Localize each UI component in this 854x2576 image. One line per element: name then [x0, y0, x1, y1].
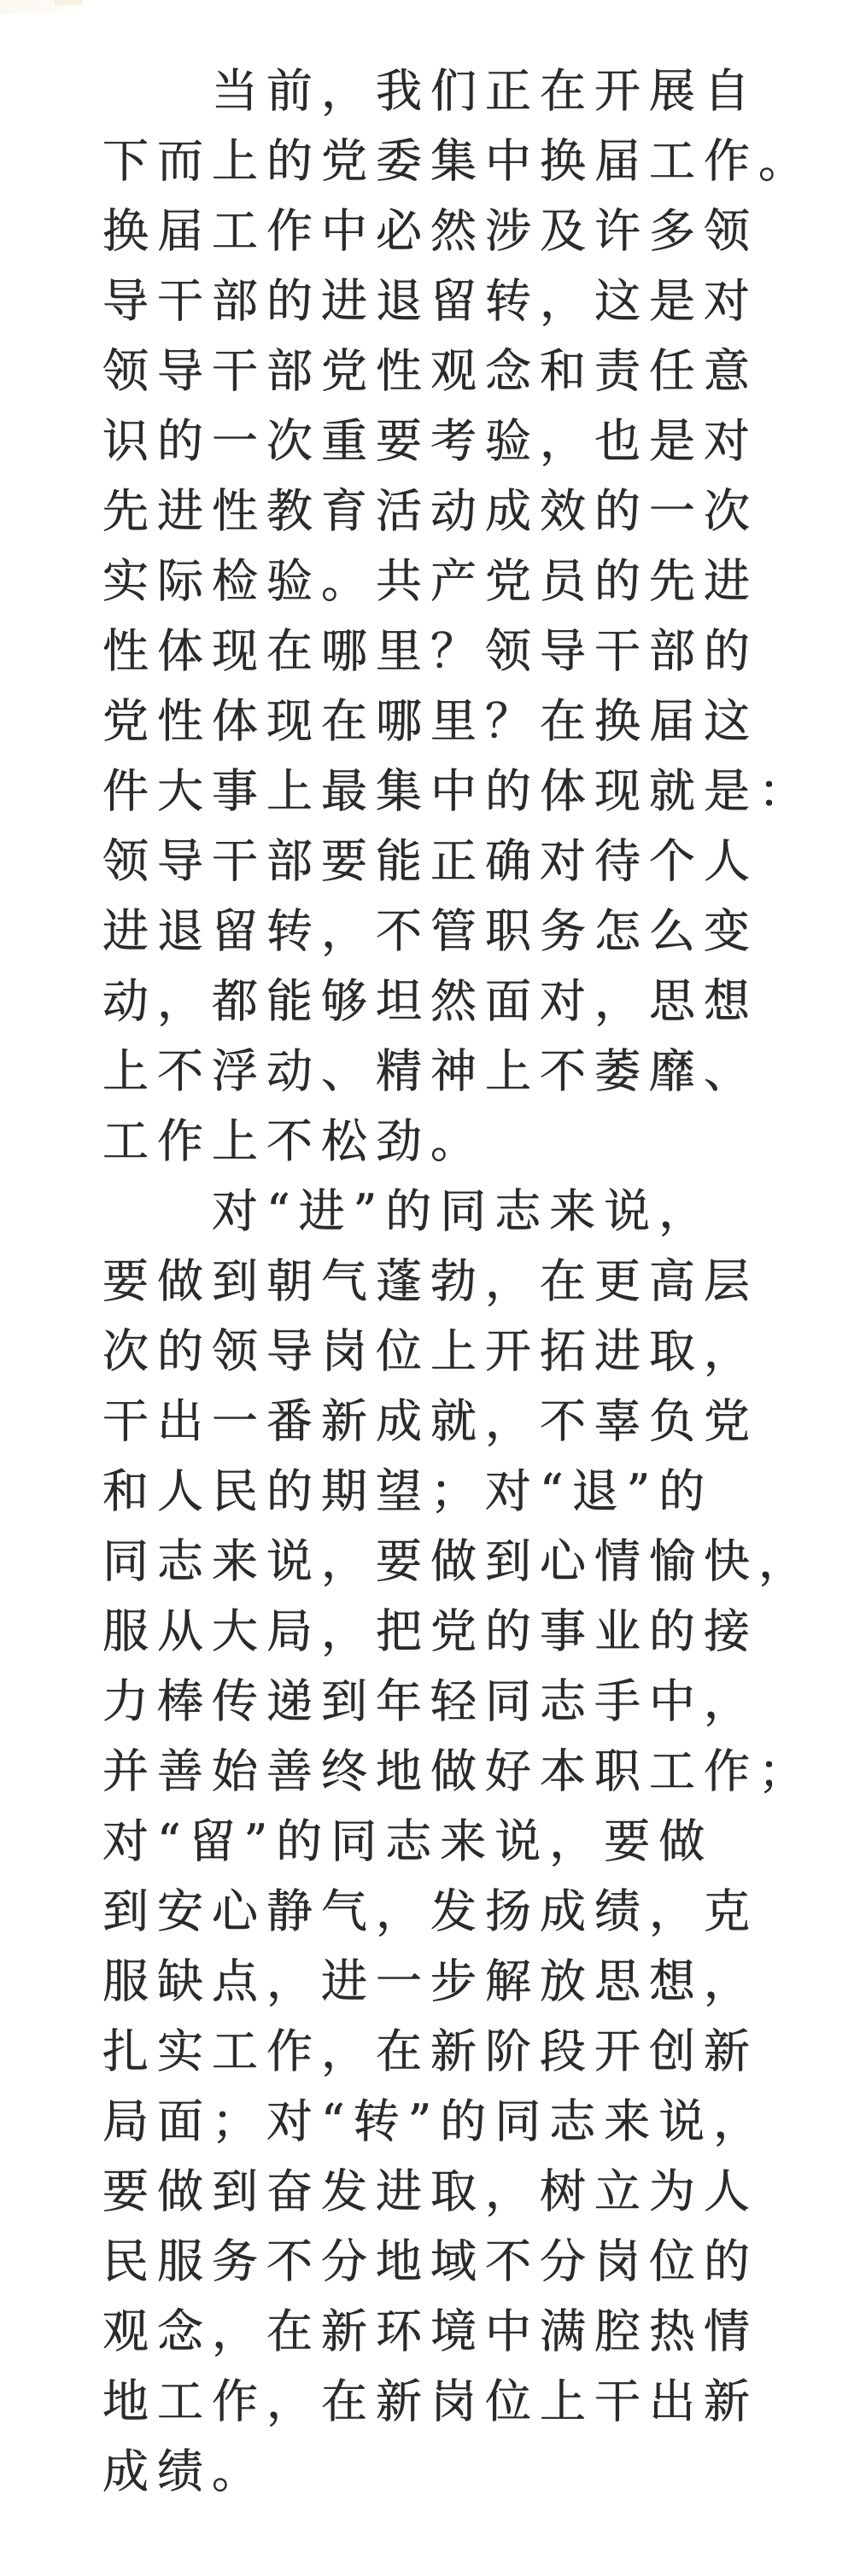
document-page: 当前，我们正在开展自 下而上的党委集中换届工作。 换届工作中必然涉及许多领 导干…	[102, 56, 769, 2507]
text-line: 先进性教育活动成效的一次	[102, 476, 769, 546]
text-line: 对“进”的同志来说，	[102, 1177, 769, 1247]
text-line: 上不浮动、精神上不萎靡、	[102, 1037, 769, 1107]
text-line: 进退留转，不管职务怎么变	[102, 897, 769, 967]
text-line: 实际检验。共产党员的先进	[102, 546, 769, 616]
text-line: 动，都能够坦然面对，思想	[102, 967, 769, 1037]
text-line: 观念，在新环境中满腔热情	[102, 2297, 769, 2367]
text-line: 要做到朝气蓬勃，在更高层	[102, 1247, 769, 1317]
text-line: 导干部的进退留转，这是对	[102, 266, 769, 336]
text-line: 干出一番新成就，不辜负党	[102, 1387, 769, 1457]
text-line: 对“留”的同志来说，要做	[102, 1807, 769, 1877]
text-line: 力棒传递到年轻同志手中，	[102, 1667, 769, 1737]
text-line: 领导干部要能正确对待个人	[102, 827, 769, 897]
text-line: 党性体现在哪里？在换届这	[102, 686, 769, 756]
text-line: 成绩。	[102, 2437, 769, 2507]
paragraph-1: 当前，我们正在开展自 下而上的党委集中换届工作。 换届工作中必然涉及许多领 导干…	[102, 56, 769, 1177]
text-line: 地工作，在新岗位上干出新	[102, 2367, 769, 2437]
text-line: 扎实工作，在新阶段开创新	[102, 2017, 769, 2087]
text-line: 工作上不松劲。	[102, 1107, 769, 1177]
text-line: 当前，我们正在开展自	[102, 56, 769, 126]
text-line: 服从大局，把党的事业的接	[102, 1597, 769, 1667]
text-line: 服缺点，进一步解放思想，	[102, 1947, 769, 2017]
text-line: 换届工作中必然涉及许多领	[102, 196, 769, 266]
text-line: 下而上的党委集中换届工作。	[102, 126, 769, 196]
paragraph-2: 对“进”的同志来说， 要做到朝气蓬勃，在更高层 次的领导岗位上开拓进取， 干出一…	[102, 1177, 769, 2507]
text-line: 识的一次重要考验，也是对	[102, 406, 769, 476]
text-line: 到安心静气，发扬成绩，克	[102, 1877, 769, 1947]
text-line: 性体现在哪里？领导干部的	[102, 616, 769, 686]
text-line: 并善始善终地做好本职工作；	[102, 1737, 769, 1807]
text-line: 件大事上最集中的体现就是：	[102, 756, 769, 827]
text-line: 领导干部党性观念和责任意	[102, 336, 769, 406]
scan-artifact-mark	[55, 0, 82, 5]
text-line: 次的领导岗位上开拓进取，	[102, 1317, 769, 1387]
text-line: 要做到奋发进取，树立为人	[102, 2157, 769, 2227]
text-line: 和人民的期望；对“退”的	[102, 1457, 769, 1527]
text-line: 民服务不分地域不分岗位的	[102, 2227, 769, 2297]
text-line: 同志来说，要做到心情愉快，	[102, 1527, 769, 1597]
text-line: 局面；对“转”的同志来说，	[102, 2087, 769, 2157]
